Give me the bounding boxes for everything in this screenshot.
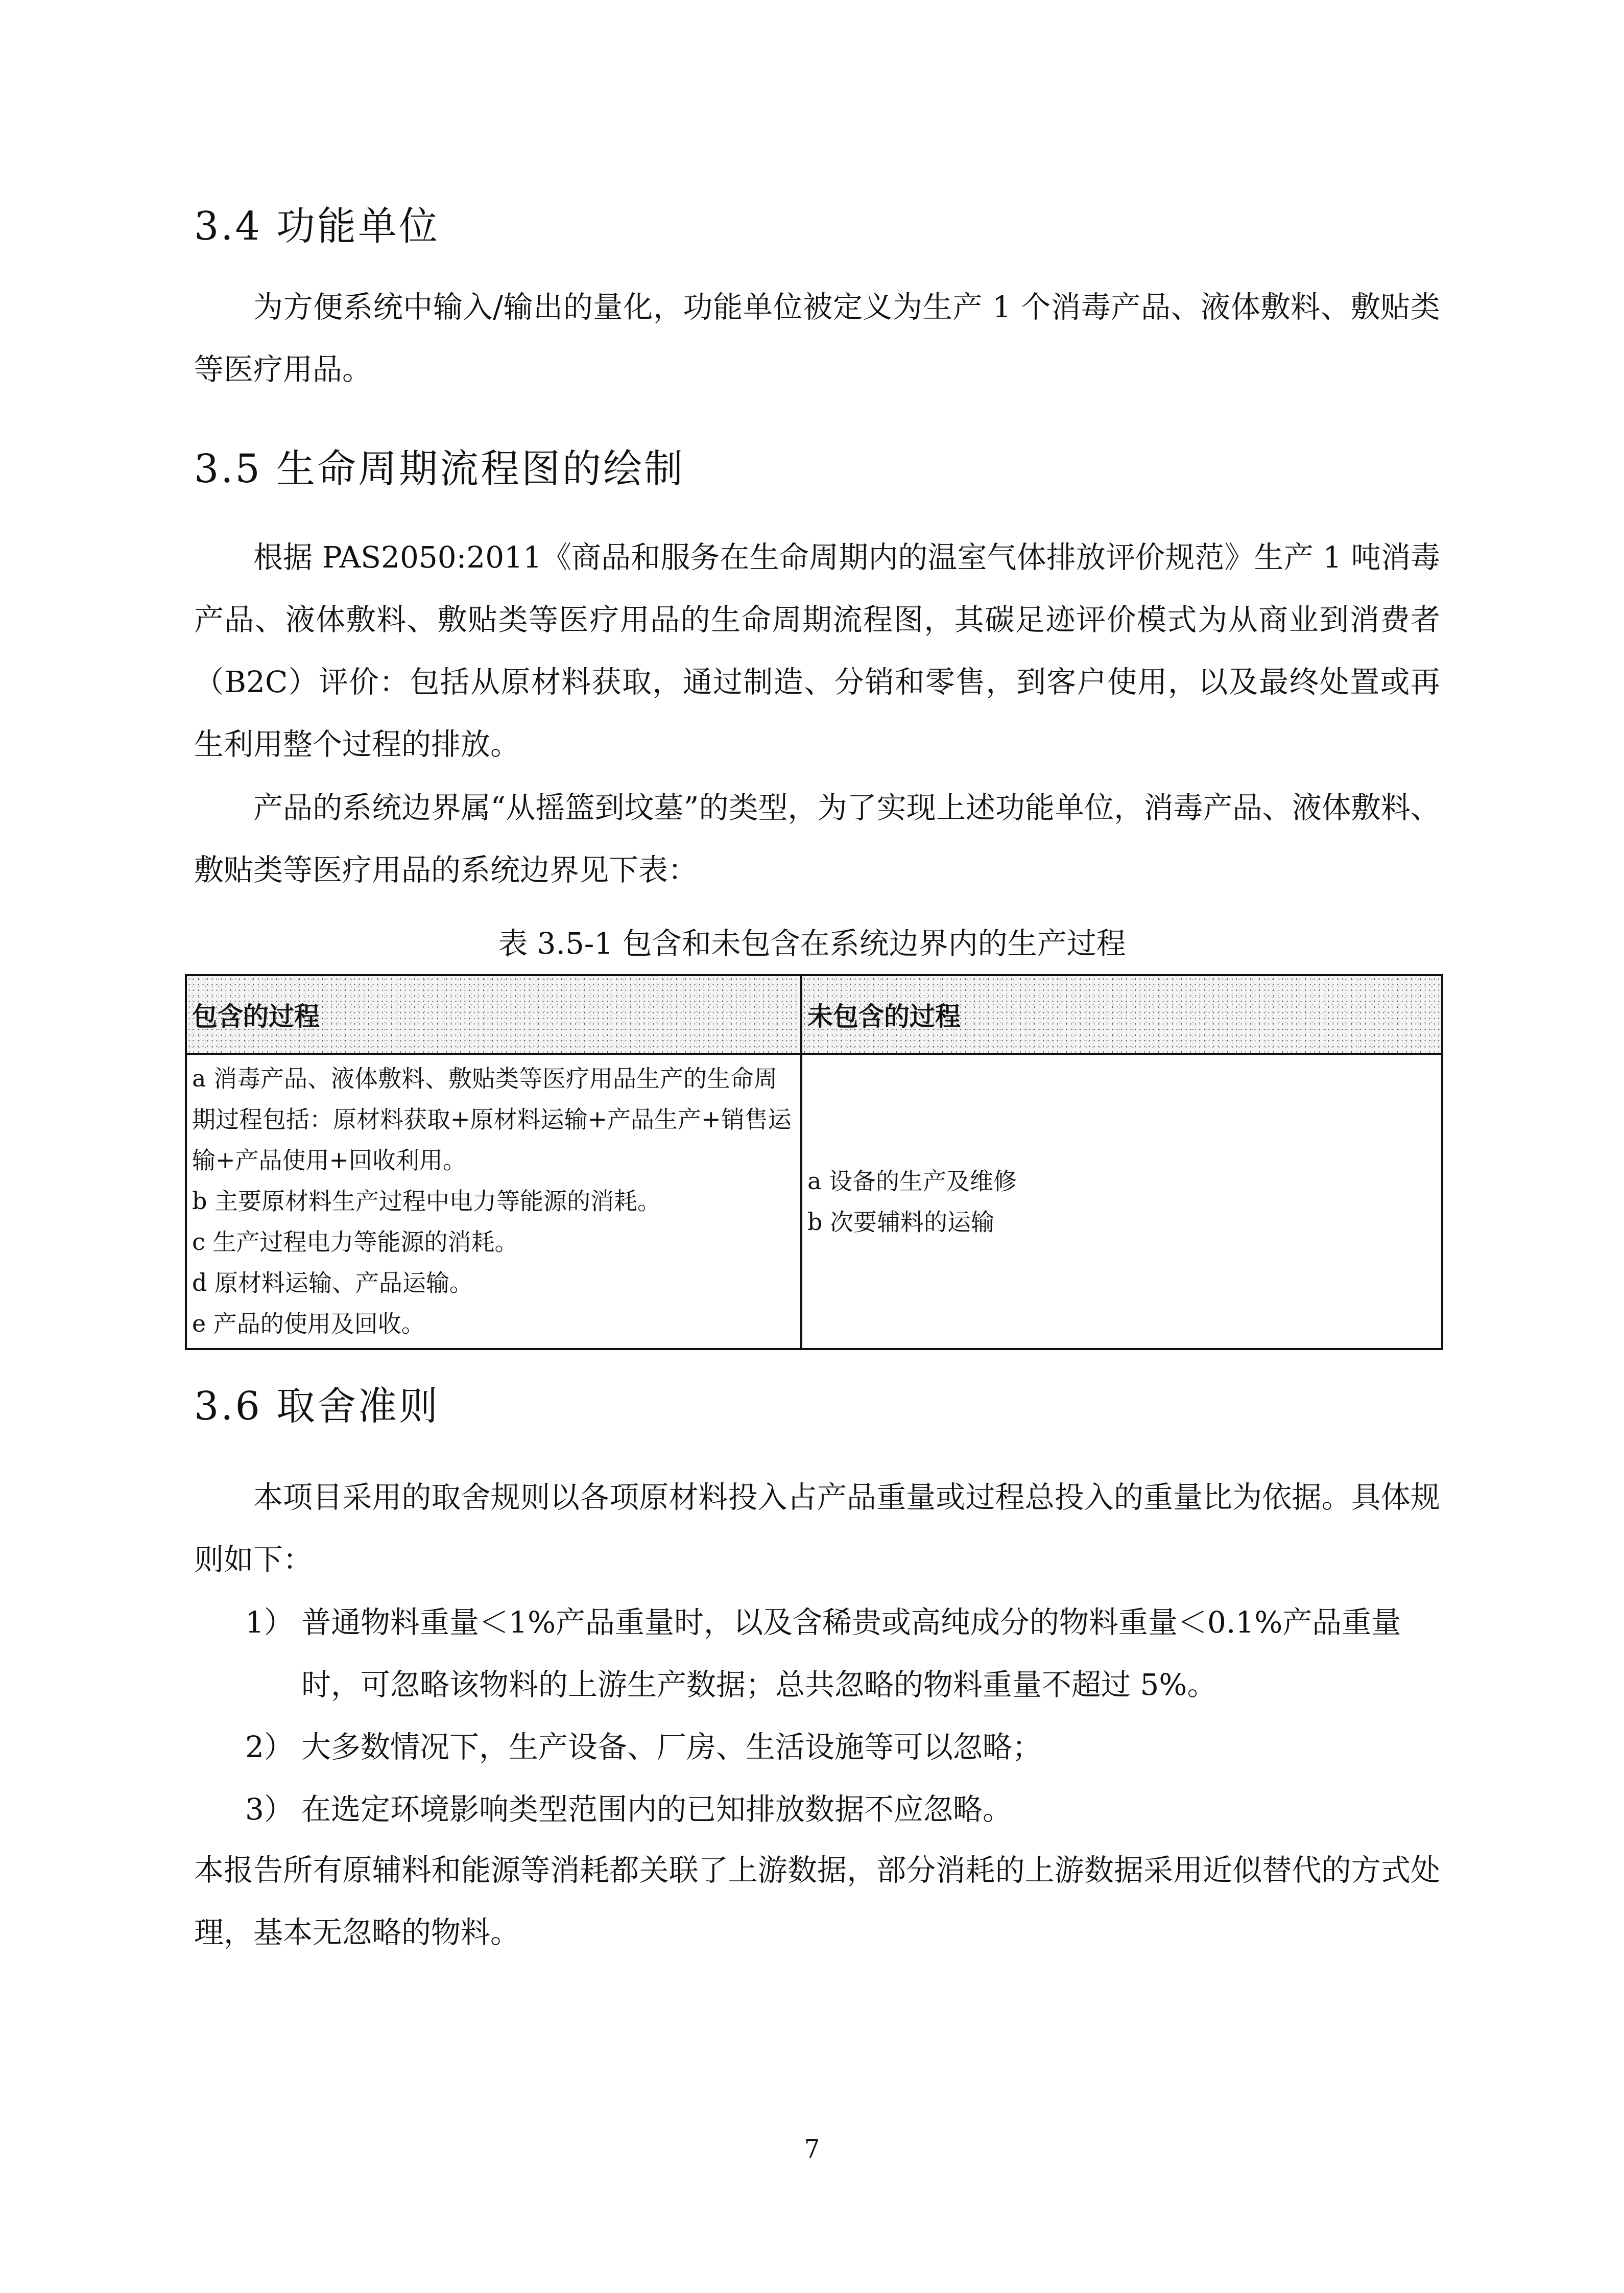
rule-text: 大多数情况下，生产设备、厂房、生活设施等可以忽略；: [301, 1716, 1440, 1778]
section-heading-3-4: 3.4 功能单位: [194, 207, 440, 246]
excluded-item: b 次要辅料的运输: [807, 1201, 1436, 1242]
table-header-row: 包含的过程 未包含的过程: [186, 975, 1442, 1054]
table-caption: 表 3.5-1 包含和未包含在系统边界内的生产过程: [0, 919, 1624, 962]
included-item: b 主要原材料生产过程中电力等能源的消耗。: [192, 1180, 795, 1221]
rule-item: 3） 在选定环境影响类型范围内的已知排放数据不应忽略。: [245, 1778, 1440, 1840]
included-item: e 产品的使用及回收。: [192, 1303, 795, 1344]
section-heading-3-5: 3.5 生命周期流程图的绘制: [194, 450, 685, 488]
included-cell: a 消毒产品、液体敷料、敷贴类等医疗用品生产的生命周期过程包括：原材料获取+原材…: [186, 1054, 801, 1349]
system-boundary-table: 包含的过程 未包含的过程 a 消毒产品、液体敷料、敷贴类等医疗用品生产的生命周期…: [185, 974, 1443, 1350]
header-excluded: 未包含的过程: [801, 975, 1442, 1054]
rule-text: 普通物料重量＜1%产品重量时，以及含稀贵或高纯成分的物料重量＜0.1%产品重量时…: [301, 1591, 1440, 1716]
section-heading-3-6: 3.6 取舍准则: [194, 1387, 440, 1426]
rule-text: 在选定环境影响类型范围内的已知排放数据不应忽略。: [301, 1778, 1440, 1840]
included-item: c 生产过程电力等能源的消耗。: [192, 1221, 795, 1262]
cutoff-rules-list: 1） 普通物料重量＜1%产品重量时，以及含稀贵或高纯成分的物料重量＜0.1%产品…: [245, 1591, 1440, 1840]
lifecycle-paragraph: 根据 PAS2050:2011《商品和服务在生命周期内的温室气体排放评价规范》生…: [194, 526, 1440, 775]
included-item: d 原材料运输、产品运输。: [192, 1262, 795, 1303]
table-row: a 消毒产品、液体敷料、敷贴类等医疗用品生产的生命周期过程包括：原材料获取+原材…: [186, 1054, 1442, 1349]
header-included: 包含的过程: [186, 975, 801, 1054]
system-boundary-paragraph: 产品的系统边界属“从摇篮到坟墓”的类型，为了实现上述功能单位，消毒产品、液体敷料…: [194, 776, 1440, 901]
upstream-data-paragraph: 本报告所有原辅料和能源等消耗都关联了上游数据，部分消耗的上游数据采用近似替代的方…: [194, 1839, 1440, 1964]
cutoff-rules-paragraph: 本项目采用的取舍规则以各项原材料投入占产品重量或过程总投入的重量比为依据。具体规…: [194, 1466, 1440, 1591]
functional-unit-paragraph: 为方便系统中输入/输出的量化，功能单位被定义为生产 1 个消毒产品、液体敷料、敷…: [194, 276, 1440, 400]
rule-item: 1） 普通物料重量＜1%产品重量时，以及含稀贵或高纯成分的物料重量＜0.1%产品…: [245, 1591, 1440, 1716]
included-item: a 消毒产品、液体敷料、敷贴类等医疗用品生产的生命周期过程包括：原材料获取+原材…: [192, 1058, 795, 1180]
document-page: 3.4 功能单位 为方便系统中输入/输出的量化，功能单位被定义为生产 1 个消毒…: [0, 0, 1624, 2293]
page-number: 7: [0, 2135, 1624, 2164]
rule-number: 2）: [245, 1716, 301, 1778]
rule-item: 2） 大多数情况下，生产设备、厂房、生活设施等可以忽略；: [245, 1716, 1440, 1778]
rule-number: 1）: [245, 1591, 301, 1716]
excluded-cell: a 设备的生产及维修 b 次要辅料的运输: [801, 1054, 1442, 1349]
rule-number: 3）: [245, 1778, 301, 1840]
excluded-item: a 设备的生产及维修: [807, 1161, 1436, 1201]
